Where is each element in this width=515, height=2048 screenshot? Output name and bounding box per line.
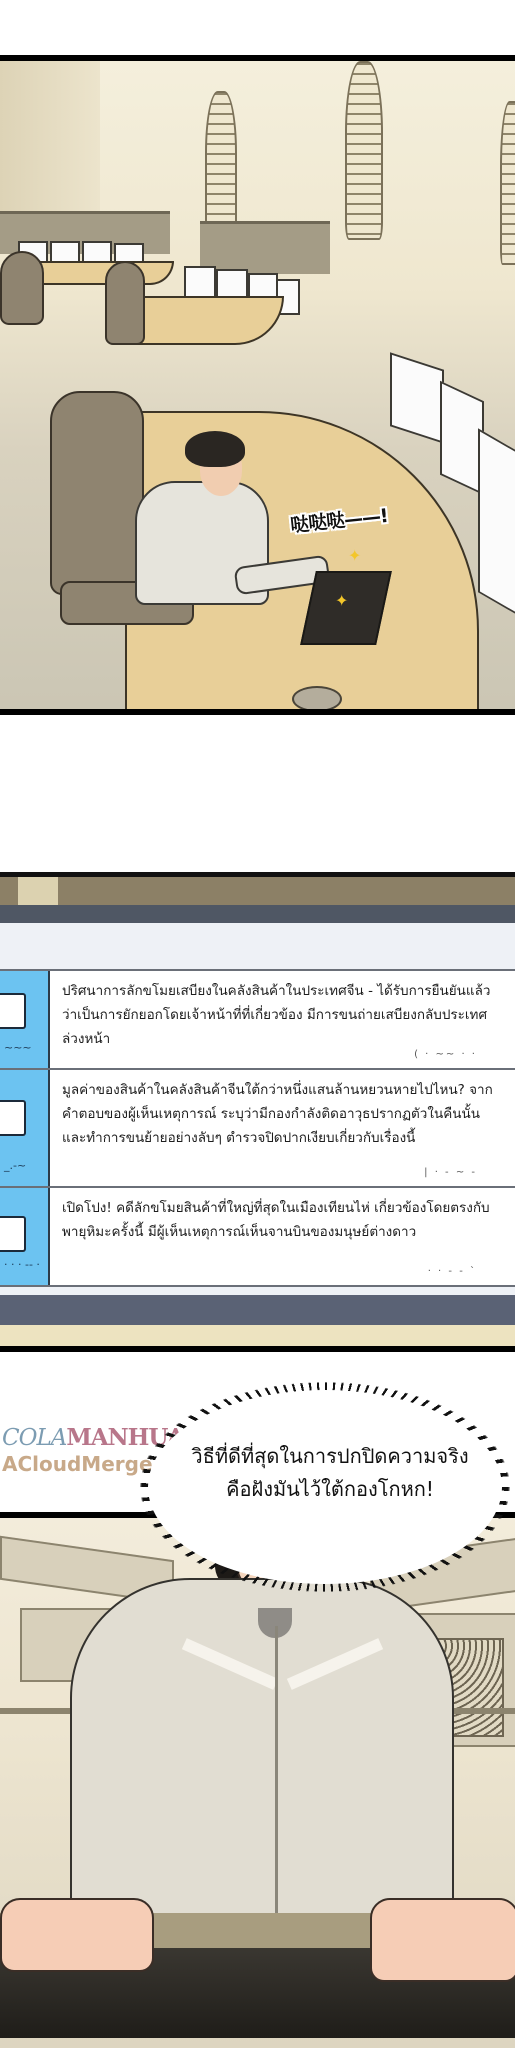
panel-news-monitor: ~~~ ปริศนาการลักขโมยเสบียงในคลังสินค้าใน… [0, 872, 515, 1352]
document-icon [0, 1100, 26, 1136]
news-item[interactable]: _.-~ มูลค่าของสินค้าในคลังสินค้าจีนใต้กว… [0, 1070, 515, 1188]
curved-desk-middle [130, 296, 284, 345]
spark-icon: ✦ [348, 546, 361, 565]
desk-surface [0, 1325, 515, 1351]
squiggle-mark: · · · -- · [4, 1258, 40, 1271]
news-thumbnail: _.-~ [0, 1070, 50, 1186]
scribble-mark: ( · ~~ · · [414, 1049, 477, 1060]
right-hand [370, 1898, 515, 1982]
back-wall [0, 61, 100, 231]
spark-icon: ✦ [335, 591, 348, 610]
news-item[interactable]: ~~~ ปริศนาการลักขโมยเสบียงในคลังสินค้าใน… [0, 969, 515, 1070]
squiggle-mark: _.-~ [4, 1159, 26, 1172]
monitor-large [390, 352, 444, 444]
document-icon [0, 993, 26, 1029]
office-chair-middle [105, 261, 145, 345]
panel-control-room: 哒哒哒——! ✦ ✦ [0, 55, 515, 715]
monitor-frame-top [0, 877, 515, 905]
panel-grinning-protagonist [0, 1512, 515, 2048]
monitor-bezel-top [0, 905, 515, 923]
news-list: ~~~ ปริศนาการลักขโมยเสบียงในคลังสินค้าใน… [0, 969, 515, 1287]
news-item[interactable]: · · · -- · เปิดโปง! คดีลักขโมยสินค้าที่ใ… [0, 1188, 515, 1287]
left-hand [0, 1898, 154, 1972]
monitor-large [478, 428, 515, 617]
news-thumbnail: ~~~ [0, 971, 50, 1068]
office-chair [50, 391, 144, 595]
scribble-mark: | · - ~ - [424, 1167, 477, 1178]
ornamental-pillar-right [345, 61, 383, 240]
person-hair [185, 431, 245, 467]
news-thumbnail: · · · -- · [0, 1188, 50, 1285]
back-console-center [200, 221, 330, 274]
watermark-acloudmerge: ACloudMerge [2, 1452, 153, 1476]
speech-text: วิธีที่ดีที่สุดในการปกปิดความจริงคือฝังม… [180, 1440, 480, 1506]
watermark-part-cola: COLA [2, 1425, 66, 1451]
monitor-bezel-bottom [0, 1295, 515, 1325]
scribble-mark: · · - - ` [428, 1266, 477, 1277]
monitor [184, 266, 216, 300]
window-light [18, 877, 58, 905]
mouse [292, 686, 342, 712]
document-icon [0, 1216, 26, 1252]
office-chair-back [0, 251, 44, 325]
ornamental-pillar-edge [500, 101, 515, 265]
squiggle-mark: ~~~ [4, 1041, 32, 1054]
